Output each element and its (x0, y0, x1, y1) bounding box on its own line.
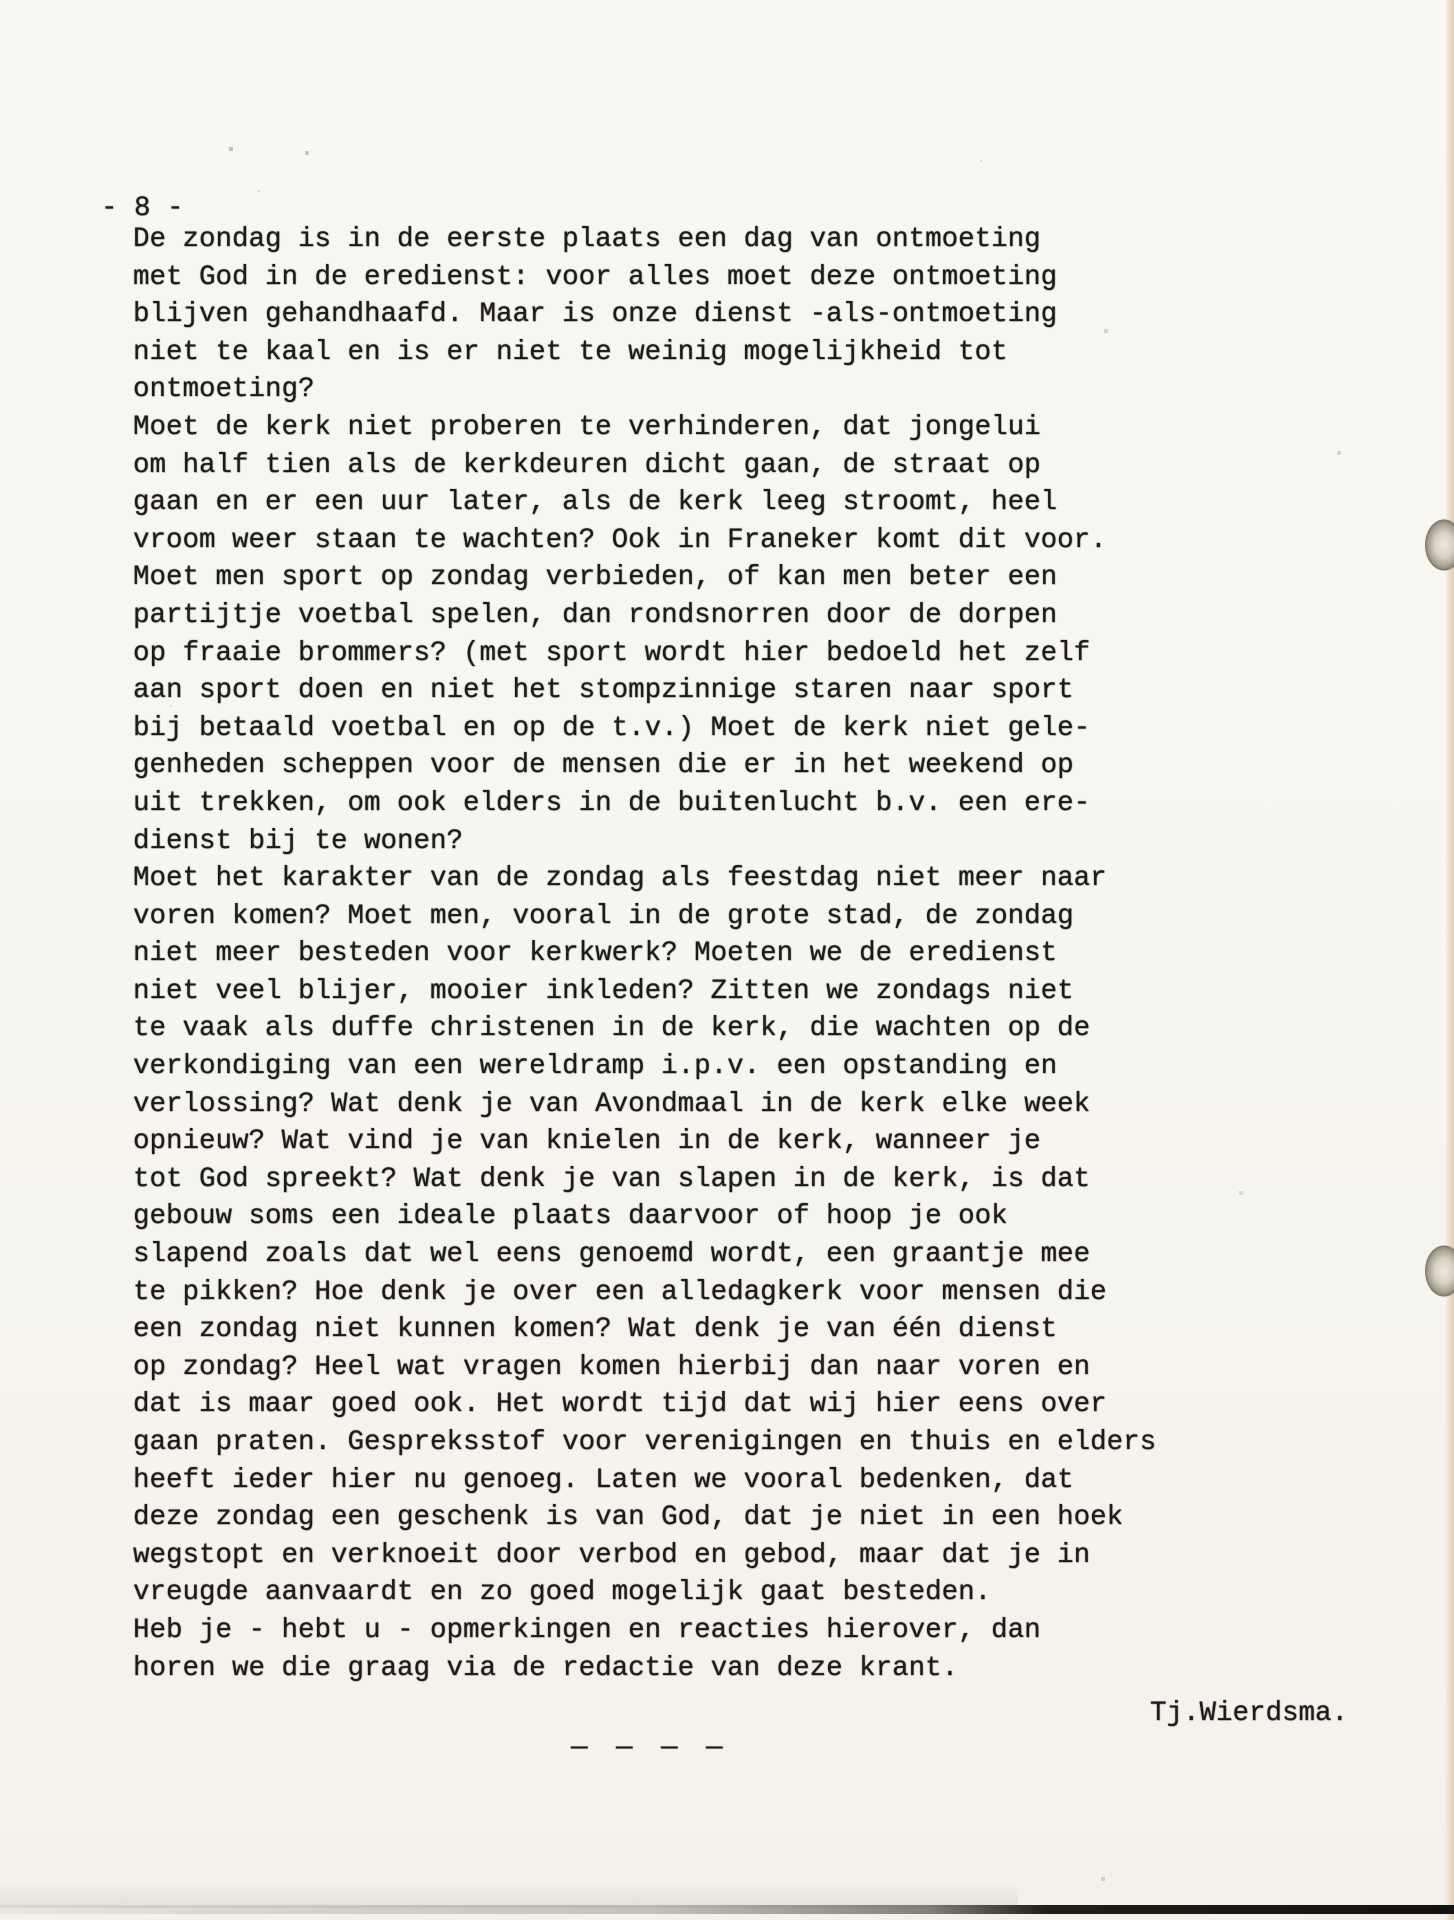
text-line: te pikken? Hoe denk je over een alledagk… (133, 1274, 1156, 1312)
text-line: dat is maar goed ook. Het wordt tijd dat… (133, 1386, 1156, 1424)
text-line: vroom weer staan te wachten? Ook in Fran… (133, 522, 1156, 560)
punch-hole-top (1418, 510, 1454, 580)
text-line: niet veel blijer, mooier inkleden? Zitte… (133, 973, 1156, 1011)
text-line: Heb je - hebt u - opmerkingen en reactie… (133, 1612, 1156, 1650)
text-line: op zondag? Heel wat vragen komen hierbij… (133, 1349, 1156, 1387)
text-line: op fraaie brommers? (met sport wordt hie… (133, 635, 1156, 673)
text-line: De zondag is in de eerste plaats een dag… (133, 221, 1156, 259)
text-line: dienst bij te wonen? (133, 823, 1156, 861)
text-line: wegstopt en verknoeit door verbod en geb… (133, 1537, 1156, 1575)
punch-hole-bottom (1418, 1236, 1454, 1306)
text-line: vreugde aanvaardt en zo goed mogelijk ga… (133, 1574, 1156, 1612)
text-line: blijven gehandhaafd. Maar is onze dienst… (133, 296, 1156, 334)
text-line: gebouw soms een ideale plaats daarvoor o… (133, 1198, 1156, 1236)
text-line: slapend zoals dat wel eens genoemd wordt… (133, 1236, 1156, 1274)
text-line: heeft ieder hier nu genoeg. Laten we voo… (133, 1462, 1156, 1500)
text-line: voren komen? Moet men, vooral in de grot… (133, 898, 1156, 936)
text-line: horen we die graag via de redactie van d… (133, 1650, 1156, 1688)
text-line: verkondiging van een wereldramp i.p.v. e… (133, 1048, 1156, 1086)
text-line: genheden scheppen voor de mensen die er … (133, 747, 1156, 785)
text-line: Moet de kerk niet proberen te verhindere… (133, 409, 1156, 447)
text-line: tot God spreekt? Wat denk je van slapen … (133, 1161, 1156, 1199)
text-line: aan sport doen en niet het stompzinnige … (133, 672, 1156, 710)
text-line: niet meer besteden voor kerkwerk? Moeten… (133, 935, 1156, 973)
text-line: gaan praten. Gespreksstof voor verenigin… (133, 1424, 1156, 1462)
page-edge-strip (1445, 0, 1454, 1920)
text-line: ontmoeting? (133, 371, 1156, 409)
text-line: partijtje voetbal spelen, dan rondsnorre… (133, 597, 1156, 635)
typewritten-lines: De zondag is in de eerste plaats een dag… (133, 221, 1156, 1687)
scan-bottom-edge (0, 1905, 1454, 1914)
text-line: om half tien als de kerkdeuren dicht gaa… (133, 447, 1156, 485)
text-line: niet te kaal en is er niet te weinig mog… (133, 334, 1156, 372)
text-line: deze zondag een geschenk is van God, dat… (133, 1499, 1156, 1537)
text-line: verlossing? Wat denk je van Avondmaal in… (133, 1086, 1156, 1124)
text-line: uit trekken, om ook elders in de buitenl… (133, 785, 1156, 823)
signature: Tj.Wierdsma. (1150, 1698, 1348, 1729)
text-line: te vaak als duffe christenen in de kerk,… (133, 1010, 1156, 1048)
end-divider: — — — — (571, 1736, 729, 1759)
text-line: bij betaald voetbal en op de t.v.) Moet … (133, 710, 1156, 748)
text-line: gaan en er een uur later, als de kerk le… (133, 484, 1156, 522)
scanned-page: - 8 - De zondag is in de eerste plaats e… (0, 0, 1454, 1920)
text-line: met God in de eredienst: voor alles moet… (133, 259, 1156, 297)
text-line: Moet men sport op zondag verbieden, of k… (133, 559, 1156, 597)
text-line: opnieuw? Wat vind je van knielen in de k… (133, 1123, 1156, 1161)
text-line: Moet het karakter van de zondag als fees… (133, 860, 1156, 898)
text-line: een zondag niet kunnen komen? Wat denk j… (133, 1311, 1156, 1349)
